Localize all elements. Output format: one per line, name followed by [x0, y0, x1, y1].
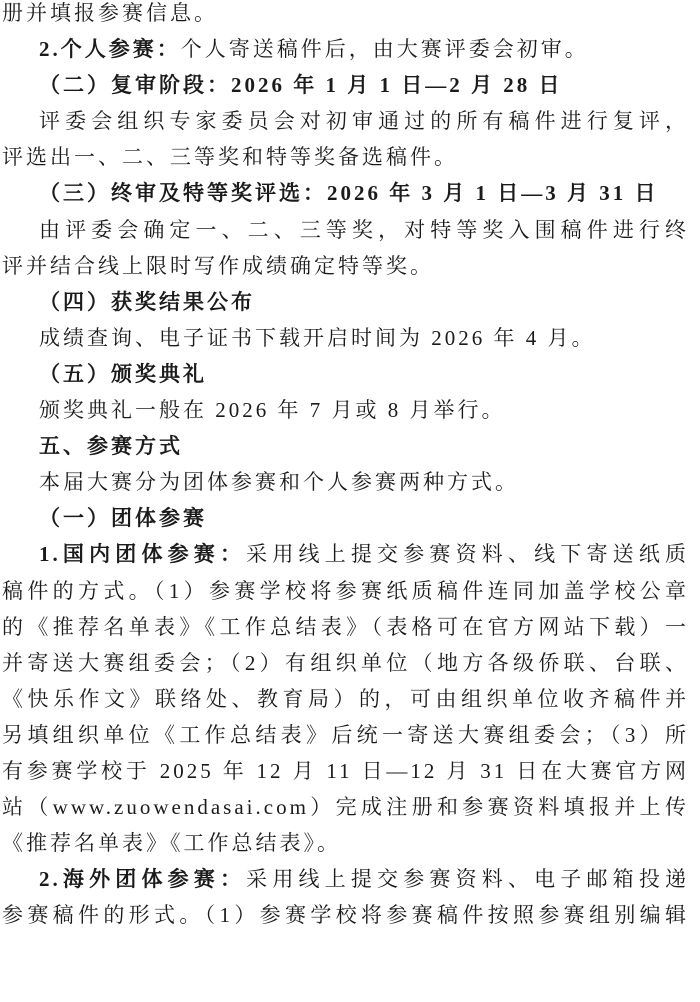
text-line: 参赛稿件的形式。（1）参赛学校将参赛稿件按照参赛组别编辑	[2, 897, 689, 933]
body-text-segment: 《推荐名单表》《工作总结表》。	[2, 831, 341, 855]
body-text-segment: 成绩查询、电子证书下载开启时间为 2026 年 4 月。	[39, 326, 596, 350]
text-line: 有参赛学校于 2025 年 12 月 11 日—12 月 31 日在大赛官方网	[2, 753, 689, 789]
heading-text-segment: 五、参赛方式	[39, 434, 183, 458]
text-line: 的《推荐名单表》《工作总结表》（表格可在官方网站下载）一	[2, 609, 689, 645]
text-line: 五、参赛方式	[2, 428, 689, 464]
text-line: 评并结合线上限时写作成绩确定特等奖。	[2, 248, 689, 284]
body-text-segment: 册并填报参赛信息。	[2, 1, 218, 25]
body-text-segment: 并寄送大赛组委会；（2）有组织单位（地方各级侨联、台联、	[2, 651, 689, 675]
text-line: 稿件的方式。（1）参赛学校将参赛纸质稿件连同加盖学校公章	[2, 573, 689, 609]
text-line: 本届大赛分为团体参赛和个人参赛两种方式。	[2, 464, 689, 500]
body-text-segment: 评选出一、二、三等奖和特等奖备选稿件。	[2, 145, 458, 169]
body-text-segment: 本届大赛分为团体参赛和个人参赛两种方式。	[39, 470, 519, 494]
text-line: 2.海外团体参赛：采用线上提交参赛资料、电子邮箱投递	[2, 861, 689, 897]
body-text-segment: 站（www.zuowendasai.com）完成注册和参赛资料填报并上传	[2, 795, 689, 819]
body-text-segment: 另填组织单位《工作总结表》后统一寄送大赛组委会；（3）所	[2, 723, 689, 747]
text-line: 2.个人参赛：个人寄送稿件后，由大赛评委会初审。	[2, 31, 689, 67]
heading-text-segment: （四）获奖结果公布	[39, 290, 255, 314]
heading-text-segment: （一）团体参赛	[39, 506, 207, 530]
body-text-segment: 由评委会确定一、二、三等奖，对特等奖入围稿件进行终	[39, 218, 689, 242]
heading-text-segment: （五）颁奖典礼	[39, 362, 207, 386]
body-text-segment: 《快乐作文》联络处、教育局）的，可由组织单位收齐稿件并	[2, 687, 689, 711]
text-line: 《推荐名单表》《工作总结表》。	[2, 825, 689, 861]
body-text-segment: 采用线上提交参赛资料、线下寄送纸质	[246, 542, 689, 566]
heading-text-segment: 1.国内团体参赛：	[39, 542, 246, 566]
body-text-segment: 参赛稿件的形式。（1）参赛学校将参赛稿件按照参赛组别编辑	[2, 903, 689, 927]
body-text-segment: 颁奖典礼一般在 2026 年 7 月或 8 月举行。	[39, 398, 506, 422]
document-page: 册并填报参赛信息。2.个人参赛：个人寄送稿件后，由大赛评委会初审。（二）复审阶段…	[0, 0, 700, 1002]
text-line: 由评委会确定一、二、三等奖，对特等奖入围稿件进行终	[2, 212, 689, 248]
body-text-segment: 稿件的方式。（1）参赛学校将参赛纸质稿件连同加盖学校公章	[2, 579, 689, 603]
text-line: 另填组织单位《工作总结表》后统一寄送大赛组委会；（3）所	[2, 717, 689, 753]
text-line: 1.国内团体参赛：采用线上提交参赛资料、线下寄送纸质	[2, 536, 689, 572]
text-line: 站（www.zuowendasai.com）完成注册和参赛资料填报并上传	[2, 789, 689, 825]
body-text-segment: 评委会组织专家委员会对初审通过的所有稿件进行复评，	[39, 109, 689, 133]
text-line: （二）复审阶段：2026 年 1 月 1 日—2 月 28 日	[2, 67, 689, 103]
body-text-segment: 有参赛学校于 2025 年 12 月 11 日—12 月 31 日在大赛官方网	[2, 759, 689, 783]
heading-text-segment: （二）复审阶段：2026 年 1 月 1 日—2 月 28 日	[39, 73, 563, 97]
text-line: 评委会组织专家委员会对初审通过的所有稿件进行复评，	[2, 103, 689, 139]
heading-text-segment: 2.海外团体参赛：	[39, 867, 246, 891]
text-line: 并寄送大赛组委会；（2）有组织单位（地方各级侨联、台联、	[2, 645, 689, 681]
heading-text-segment: （三）终审及特等奖评选：2026 年 3 月 1 日—3 月 31 日	[39, 181, 659, 205]
text-line: 册并填报参赛信息。	[2, 0, 689, 31]
text-line: 成绩查询、电子证书下载开启时间为 2026 年 4 月。	[2, 320, 689, 356]
text-line: （一）团体参赛	[2, 500, 689, 536]
text-line: （四）获奖结果公布	[2, 284, 689, 320]
document-text-body: 册并填报参赛信息。2.个人参赛：个人寄送稿件后，由大赛评委会初审。（二）复审阶段…	[0, 0, 700, 933]
body-text-segment: 个人寄送稿件后，由大赛评委会初审。	[181, 37, 589, 61]
text-line: 评选出一、二、三等奖和特等奖备选稿件。	[2, 139, 689, 175]
body-text-segment: 的《推荐名单表》《工作总结表》（表格可在官方网站下载）一	[2, 615, 689, 639]
heading-text-segment: 2.个人参赛：	[39, 37, 181, 61]
body-text-segment: 评并结合线上限时写作成绩确定特等奖。	[2, 254, 434, 278]
text-line: （三）终审及特等奖评选：2026 年 3 月 1 日—3 月 31 日	[2, 175, 689, 211]
text-line: （五）颁奖典礼	[2, 356, 689, 392]
text-line: 颁奖典礼一般在 2026 年 7 月或 8 月举行。	[2, 392, 689, 428]
body-text-segment: 采用线上提交参赛资料、电子邮箱投递	[246, 867, 689, 891]
text-line: 《快乐作文》联络处、教育局）的，可由组织单位收齐稿件并	[2, 681, 689, 717]
